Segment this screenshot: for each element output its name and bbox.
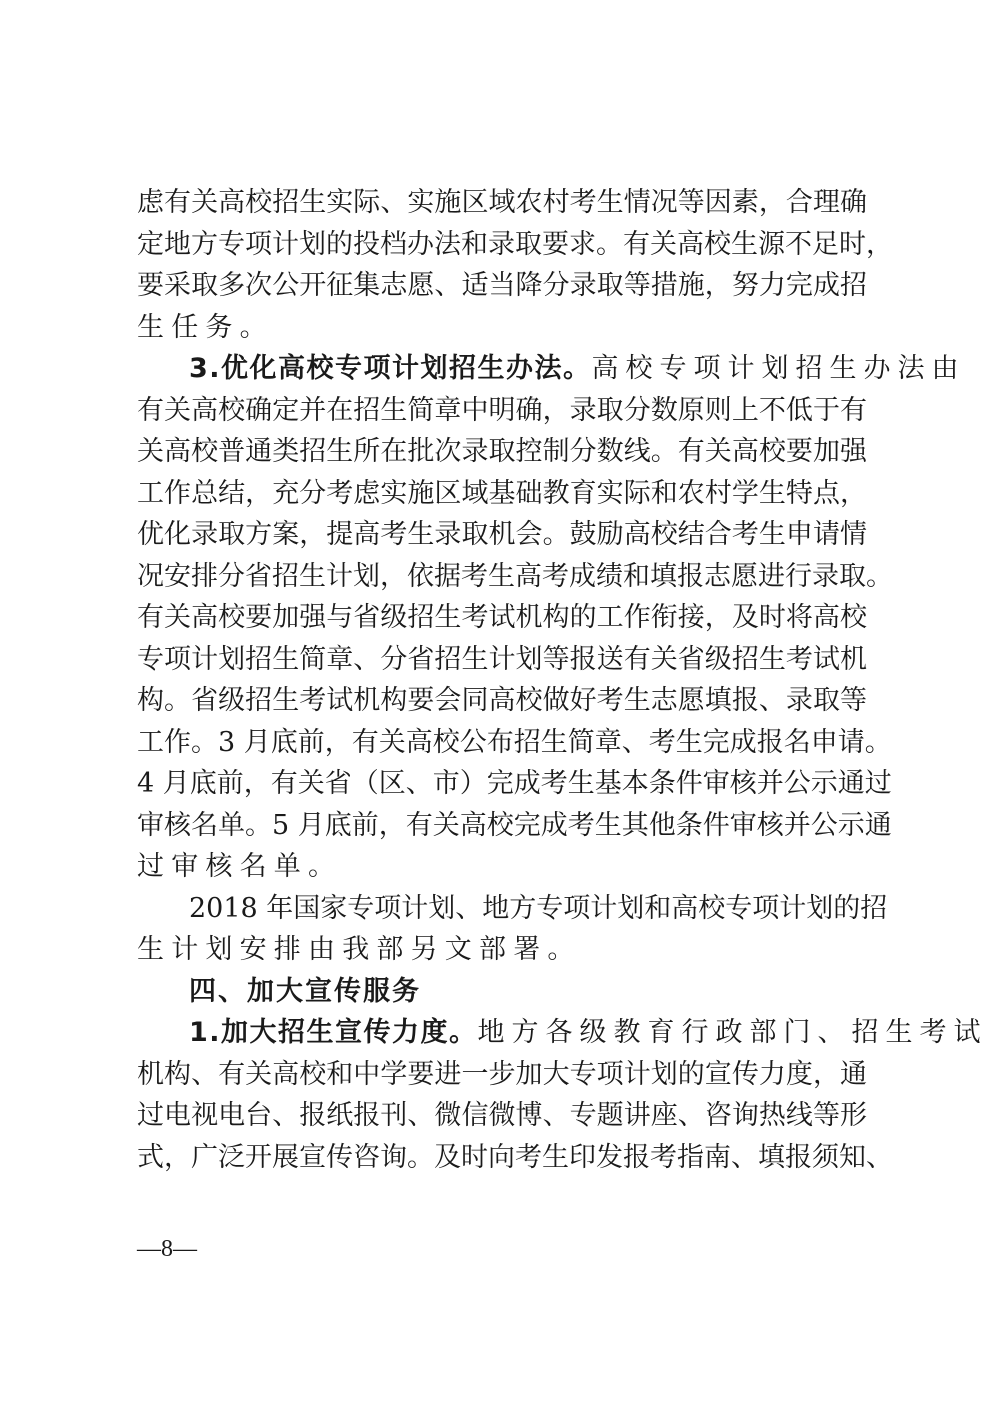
item-3-first-line: 3.优化高校专项计划招生办法。 高校专项计划招生办法由 — [189, 348, 867, 389]
text-line: 优化录取方案，提高考生录取机会。鼓励高校结合考生申请情 — [137, 514, 867, 555]
text-line: 有关高校确定并在招生简章中明确，录取分数原则上不低于有 — [137, 390, 867, 431]
text-line: 要采取多次公开征集志愿、适当降分录取等措施，努力完成招 — [137, 265, 867, 306]
text-line: 工作。3 月底前，有关高校公布招生简章、考生完成报名申请。 — [137, 722, 867, 763]
text-line: 4 月底前，有关省（区、市）完成考生基本条件审核并公示通过 — [137, 763, 867, 804]
text-line: 有关高校要加强与省级招生考试机构的工作衔接，及时将高校 — [137, 597, 867, 638]
text-line: 审核名单。5 月底前，有关高校完成考生其他条件审核并公示通 — [137, 805, 867, 846]
text-line: 生任务。 — [137, 307, 867, 348]
text-span: 高校专项计划招生办法由 — [592, 348, 966, 389]
text-line: 过电视电台、报纸报刊、微信微博、专题讲座、咨询热线等形 — [137, 1095, 867, 1136]
text-line: 过审核名单。 — [137, 846, 867, 887]
item-3-title: 3.优化高校专项计划招生办法。 — [189, 348, 592, 389]
text-line: 虑有关高校招生实际、实施区域农村考生情况等因素，合理确 — [137, 182, 867, 223]
document-page: 虑有关高校招生实际、实施区域农村考生情况等因素，合理确 定地方专项计划的投档办法… — [0, 0, 1000, 1414]
section-heading: 四、加大宣传服务 — [189, 971, 867, 1012]
text-line: 生计划安排由我部另文部署。 — [137, 929, 867, 970]
text-line: 关高校普通类招生所在批次录取控制分数线。有关高校要加强 — [137, 431, 867, 472]
text-line: 2018 年国家专项计划、地方专项计划和高校专项计划的招 — [189, 888, 867, 929]
text-line: 式，广泛开展宣传咨询。及时向考生印发报考指南、填报须知、 — [137, 1137, 867, 1178]
text-span: 地方各级教育行政部门、招生考试 — [478, 1012, 988, 1053]
text-line: 构。省级招生考试机构要会同高校做好考生志愿填报、录取等 — [137, 680, 867, 721]
item-1-first-line: 1.加大招生宣传力度。 地方各级教育行政部门、招生考试 — [189, 1012, 867, 1053]
text-line: 工作总结，充分考虑实施区域基础教育实际和农村学生特点， — [137, 473, 867, 514]
text-line: 专项计划招生简章、分省招生计划等报送有关省级招生考试机 — [137, 639, 867, 680]
text-line: 定地方专项计划的投档办法和录取要求。有关高校生源不足时， — [137, 224, 867, 265]
text-line: 况安排分省招生计划，依据考生高考成绩和填报志愿进行录取。 — [137, 556, 867, 597]
item-1-title: 1.加大招生宣传力度。 — [189, 1012, 478, 1053]
page-number: —8— — [137, 1236, 197, 1263]
text-line: 机构、有关高校和中学要进一步加大专项计划的宣传力度，通 — [137, 1054, 867, 1095]
